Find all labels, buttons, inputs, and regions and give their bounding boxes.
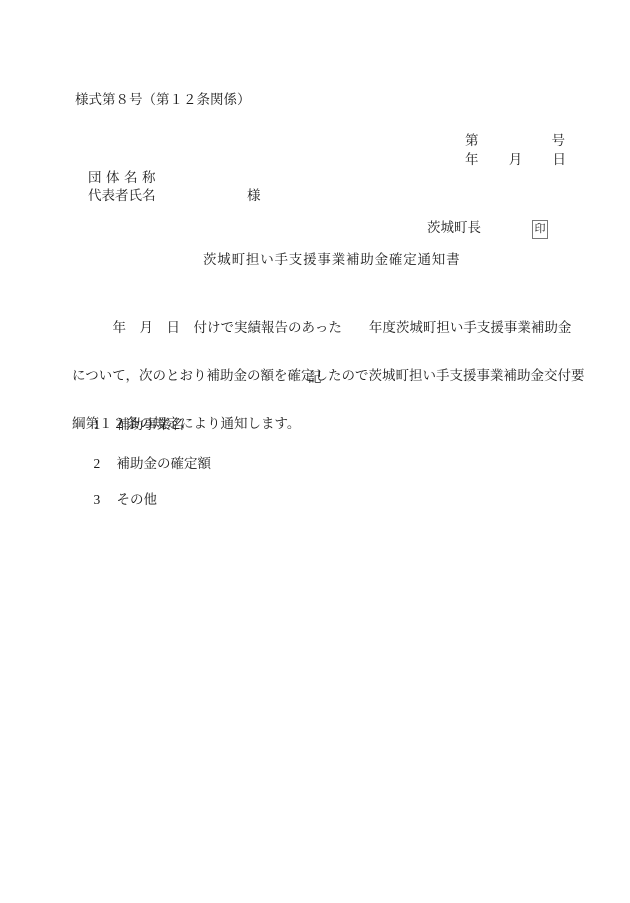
list-item-1: 1補助事業名 [80,404,184,446]
sender-mayor-name: 茨城町長 [427,221,481,235]
date-year-label: 年 [465,153,479,167]
form-number: 様式第８号（第１２条関係） [75,93,251,107]
document-title: 茨城町担い手支援事業補助金確定通知書 [203,253,460,267]
body-line-2: について，次のとおり補助金の額を確定したので茨城町担い手支援事業補助金交付要 [72,369,592,389]
date-line: 年 月 日 [465,153,566,167]
honorific-sama: 様 [247,189,261,203]
document-number-prefix: 第 [465,134,479,148]
document-number-line: 第 号 [465,134,565,148]
item-1-label: 補助事業名 [117,417,185,432]
date-day-label: 日 [553,153,567,167]
item-2-label: 補助金の確定額 [117,456,212,471]
item-3-number: 3 [94,493,117,507]
body-line-1: 年 月 日 付けで実績報告のあった 年度茨城町担い手支援事業補助金 [72,321,592,341]
date-month-label: 月 [509,153,523,167]
list-header-ki: 記 [308,371,322,385]
seal-box: 印 [532,220,548,239]
item-2-number: 2 [94,457,117,471]
seal-label: 印 [535,224,546,235]
representative-name-label: 代表者氏名 [88,189,156,203]
list-item-3: 3その他 [80,479,157,521]
document-number-suffix: 号 [552,134,566,148]
item-1-number: 1 [94,418,117,432]
item-3-label: その他 [117,492,158,507]
organization-name-label: 団体名称 [88,171,160,185]
document-page: 様式第８号（第１２条関係） 第 号 年 月 日 団体名称 代表者氏名 様 茨城町… [0,0,630,903]
